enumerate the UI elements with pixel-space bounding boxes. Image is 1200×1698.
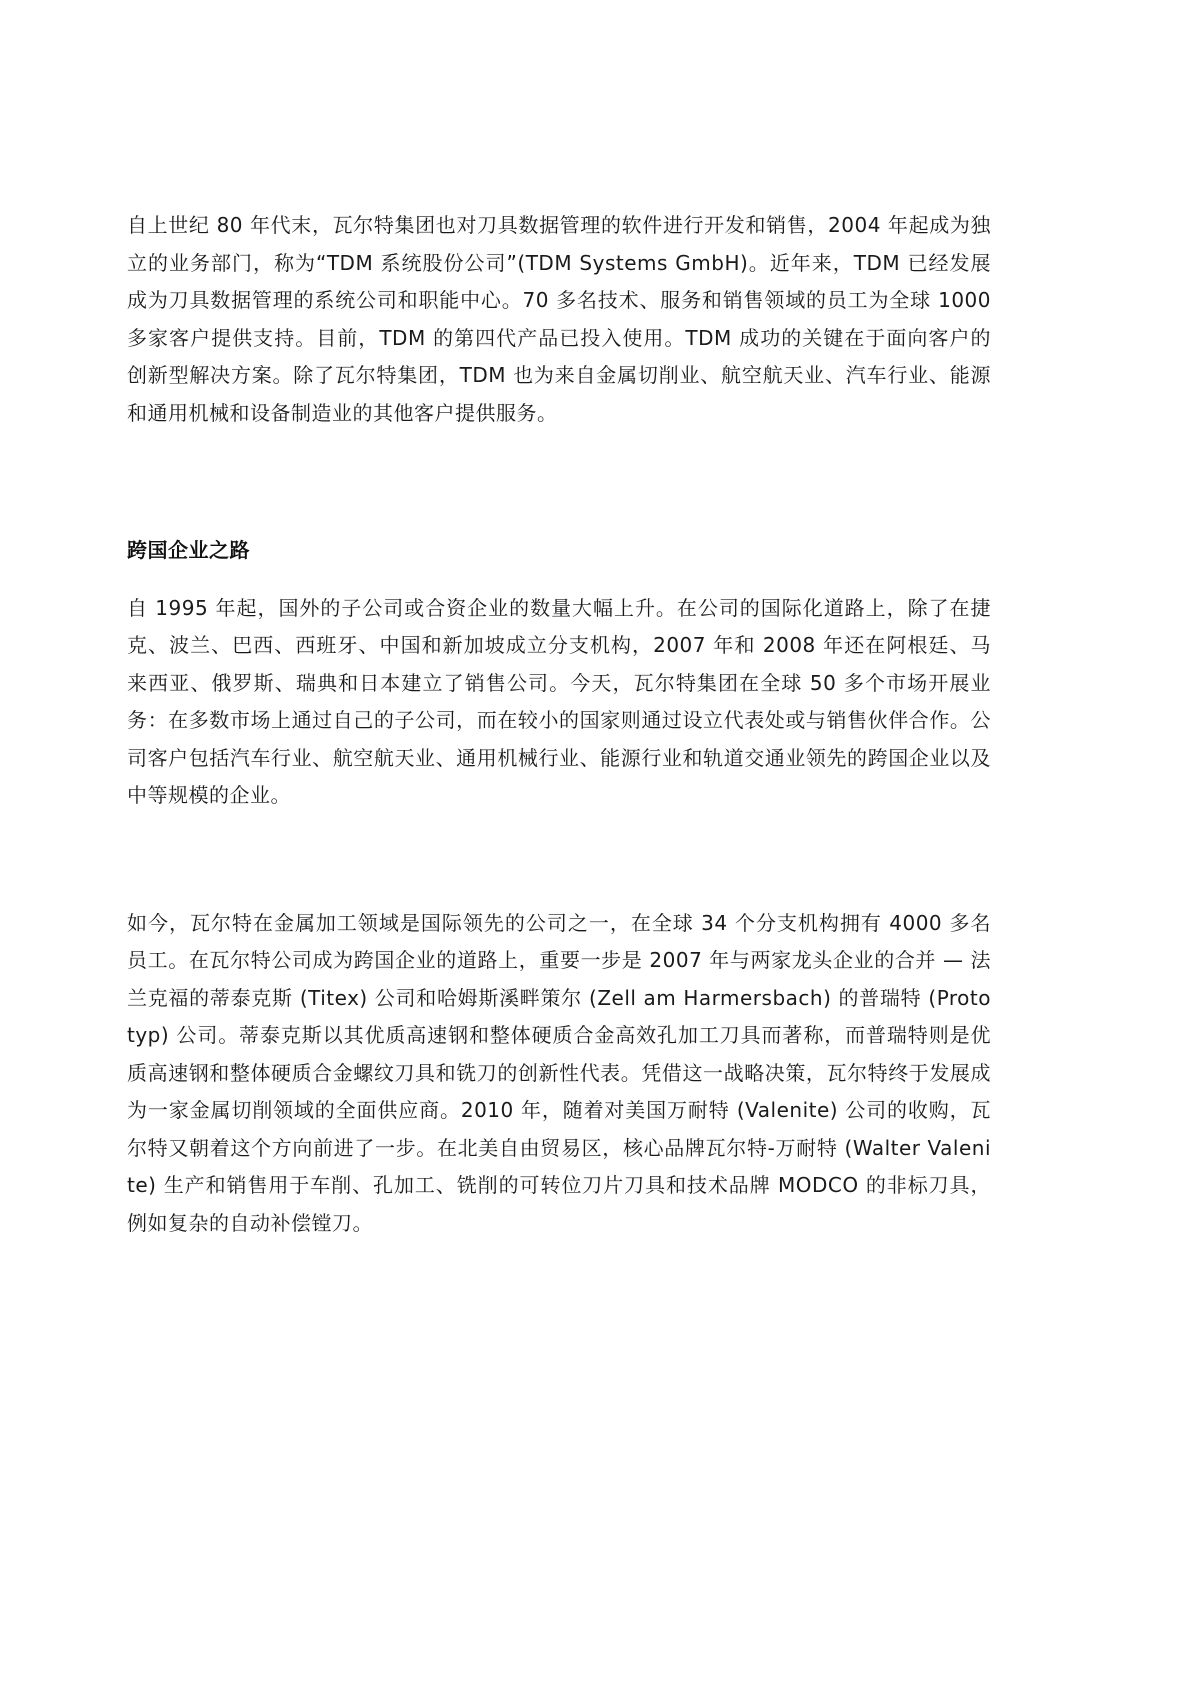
document-page: 自上世纪 80 年代末，瓦尔特集团也对刀具数据管理的软件进行开发和销售，2004… xyxy=(0,0,1200,1698)
section-heading-multinational: 跨国企业之路 xyxy=(127,532,991,570)
paragraph-internationalization: 自 1995 年起，国外的子公司或合资企业的数量大幅上升。在公司的国际化道路上，… xyxy=(127,590,991,815)
paragraph-walter-today: 如今，瓦尔特在金属加工领域是国际领先的公司之一，在全球 34 个分支机构拥有 4… xyxy=(127,905,991,1243)
paragraph-tdm-systems: 自上世纪 80 年代末，瓦尔特集团也对刀具数据管理的软件进行开发和销售，2004… xyxy=(127,207,991,432)
document-content: 自上世纪 80 年代末，瓦尔特集团也对刀具数据管理的软件进行开发和销售，2004… xyxy=(127,207,991,1242)
